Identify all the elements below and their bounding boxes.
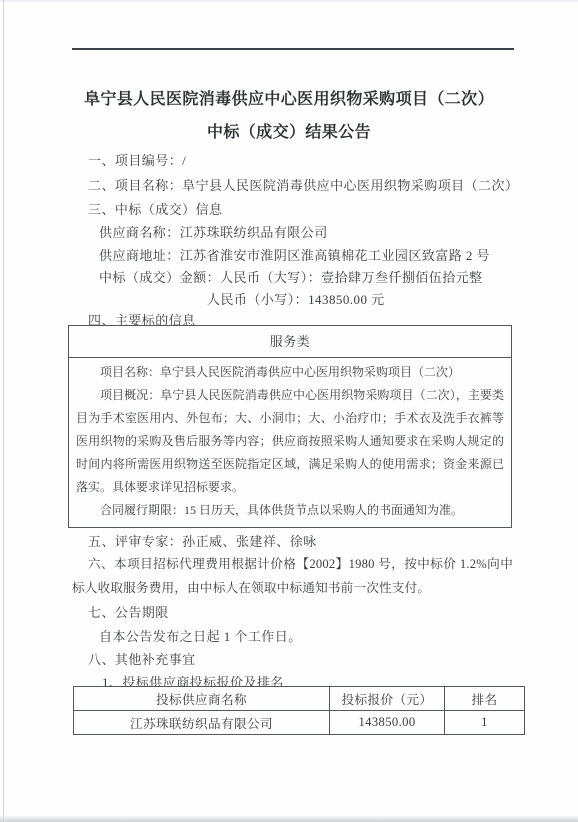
line-supplier-address: 供应商地址：江苏省淮安市淮阴区淮高镇棉花工业园区致富路 2 号 <box>99 245 490 264</box>
heading-notice-period: 七、公告期限 <box>88 602 169 621</box>
header-cell-bid-price: 投标报价（元） <box>330 687 445 711</box>
line-notice-period: 自本公告发布之日起 1 个工作日。 <box>99 626 302 645</box>
heading-award-info: 三、中标（成交）信息 <box>88 199 223 218</box>
line-supplier-name: 供应商名称：江苏珠联纺织品有限公司 <box>99 222 328 241</box>
service-project-overview-paragraph: 项目概况：阜宁县人民医院消毒供应中心医用织物采购项目（二次），主要类目为手术室医… <box>76 384 504 499</box>
paragraph-agency-fee: 六、本项目招标代理费用根据计价格【2002】1980 号，按中标价 1.2%向中… <box>72 553 513 600</box>
service-table-header: 服务类 <box>69 326 511 358</box>
cell-rank: 1 <box>445 711 525 735</box>
cell-bid-price: 143850.00 <box>330 711 445 735</box>
header-rule <box>72 48 514 50</box>
ranking-header-row: 投标供应商名称 投标报价（元） 排名 <box>74 687 525 711</box>
line-review-experts: 五、评审专家：孙正威、张建祥、徐咏 <box>88 531 317 550</box>
header-cell-supplier-name: 投标供应商名称 <box>74 687 330 711</box>
document-title-line2: 中标（成交）结果公告 <box>0 119 578 142</box>
cell-supplier-name: 江苏珠联纺织品有限公司 <box>74 711 330 735</box>
line-project-name: 二、项目名称：阜宁县人民医院消毒供应中心医用织物采购项目（二次） <box>88 175 518 194</box>
document-title-line1: 阜宁县人民医院消毒供应中心医用织物采购项目（二次） <box>0 86 578 109</box>
service-project-name-paragraph: 项目名称：阜宁县人民医院消毒供应中心医用织物采购项目（二次） <box>76 361 504 384</box>
scanned-document-page: 阜宁县人民医院消毒供应中心医用织物采购项目（二次） 中标（成交）结果公告 一、项… <box>0 0 578 822</box>
header-cell-rank: 排名 <box>445 687 525 711</box>
service-contract-period-paragraph: 合同履行期限：15 日历天，具体供货节点以采购人的书面通知为准。 <box>76 499 504 522</box>
bid-ranking-table: 投标供应商名称 投标报价（元） 排名 江苏珠联纺织品有限公司 143850.00… <box>73 686 525 735</box>
service-category-table: 服务类 项目名称：阜宁县人民医院消毒供应中心医用织物采购项目（二次） 项目概况：… <box>68 325 512 528</box>
line-award-amount-figures: 人民币（小写）：143850.00 元 <box>207 289 385 308</box>
scan-bottom-edge <box>0 815 578 822</box>
line-project-number: 一、项目编号：/ <box>88 150 186 169</box>
table-row: 江苏珠联纺织品有限公司 143850.00 1 <box>74 711 525 735</box>
line-award-amount-words: 中标（成交）金额：人民币（大写）：壹拾肆万叁仟捌佰伍拾元整 <box>99 267 483 286</box>
heading-other-matters: 八、其他补充事宜 <box>88 649 196 668</box>
service-table-body: 项目名称：阜宁县人民医院消毒供应中心医用织物采购项目（二次） 项目概况：阜宁县人… <box>69 358 511 527</box>
scan-top-edge <box>0 0 578 2</box>
